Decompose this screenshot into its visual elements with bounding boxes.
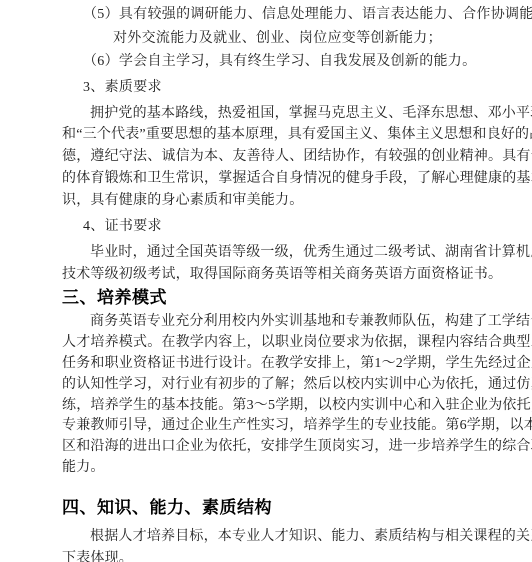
- text-line: 能力。: [62, 458, 472, 479]
- text-line: 任务和职业资格证书进行设计。在教学安排上，第1～2学期，学生先经过企业: [62, 354, 472, 375]
- paragraph-quality-requirements: 拥护党的基本路线，热爱祖国，掌握马克思主义、毛泽东思想、邓小平理论和“三个代表”…: [62, 103, 472, 212]
- section-heading-training-mode: 三、培养模式: [62, 286, 472, 310]
- text-line: 专兼教师引导，通过企业生产性实习，培养学生的专业技能。第6学期，以本地: [62, 416, 472, 437]
- paragraph-training-mode: 商务英语专业充分利用校内外实训基地和专兼教师队伍，构建了工学结合的人才培养模式。…: [62, 312, 472, 478]
- text-line: （5）具有较强的调研能力、信息处理能力、语言表达能力、合作协调能力、: [113, 3, 472, 27]
- text-line: 对外交流能力及就业、创业、岗位应变等创新能力；: [113, 27, 472, 51]
- subheading-certificate-requirements: 4、证书要求: [62, 216, 472, 238]
- paragraph-certificate-requirements: 毕业时，通过全国英语等级一级，优秀生通过二级考试、湖南省计算机应用技术等级初级考…: [62, 242, 472, 286]
- text-line: 商务英语专业充分利用校内外实训基地和专兼教师队伍，构建了工学结合的: [62, 312, 472, 333]
- text-line: （6）学会自主学习，具有终生学习、自我发展及创新的能力。: [113, 50, 472, 74]
- text-line: 拥护党的基本路线，热爱祖国，掌握马克思主义、毛泽东思想、邓小平理论: [62, 103, 472, 125]
- text-line: 识，具有健康的身心素质和审美能力。: [62, 190, 472, 212]
- text-line: 德，遵纪守法、诚信为本、友善待人、团结协作，有较强的创业精神。具有一定: [62, 146, 472, 168]
- document-page: （5）具有较强的调研能力、信息处理能力、语言表达能力、合作协调能力、对外交流能力…: [0, 0, 532, 562]
- text-line: 人才培养模式。在教学内容上，以职业岗位要求为依据，课程内容结合典型工作: [62, 333, 472, 354]
- text-line: 下表体现。: [62, 548, 472, 562]
- text-line: 和“三个代表”重要思想的基本原理，具有爱国主义、集体主义思想和良好的品: [62, 124, 472, 146]
- text-line: 区和沿海的进出口企业为依托，安排学生顶岗实习，进一步培养学生的综合职业: [62, 437, 472, 458]
- text-line: 练，培养学生的基本技能。第3～5学期，以校内实训中心和入驻企业为依托，由: [62, 396, 472, 417]
- text-line: 的体育锻炼和卫生常识，掌握适合自身情况的健身手段，了解心理健康的基本知: [62, 168, 472, 190]
- text-line: 的认知性学习，对行业有初步的了解；然后以校内实训中心为依托，通过仿真训: [62, 375, 472, 396]
- section-heading-knowledge-ability-quality-structure: 四、知识、能力、素质结构: [62, 496, 472, 520]
- subheading-quality-requirements: 3、素质要求: [62, 77, 472, 99]
- text-line: 技术等级初级考试，取得国际商务英语等相关商务英语方面资格证书。: [62, 264, 472, 286]
- text-line: 根据人才培养目标，本专业人才知识、能力、素质结构与相关课程的关系由: [62, 526, 472, 548]
- text-line: 毕业时，通过全国英语等级一级，优秀生通过二级考试、湖南省计算机应用: [62, 242, 472, 264]
- list-item-6: （6）学会自主学习，具有终生学习、自我发展及创新的能力。: [62, 50, 472, 74]
- list-item-5: （5）具有较强的调研能力、信息处理能力、语言表达能力、合作协调能力、对外交流能力…: [62, 3, 472, 50]
- paragraph-structure-intro: 根据人才培养目标，本专业人才知识、能力、素质结构与相关课程的关系由下表体现。: [62, 526, 472, 562]
